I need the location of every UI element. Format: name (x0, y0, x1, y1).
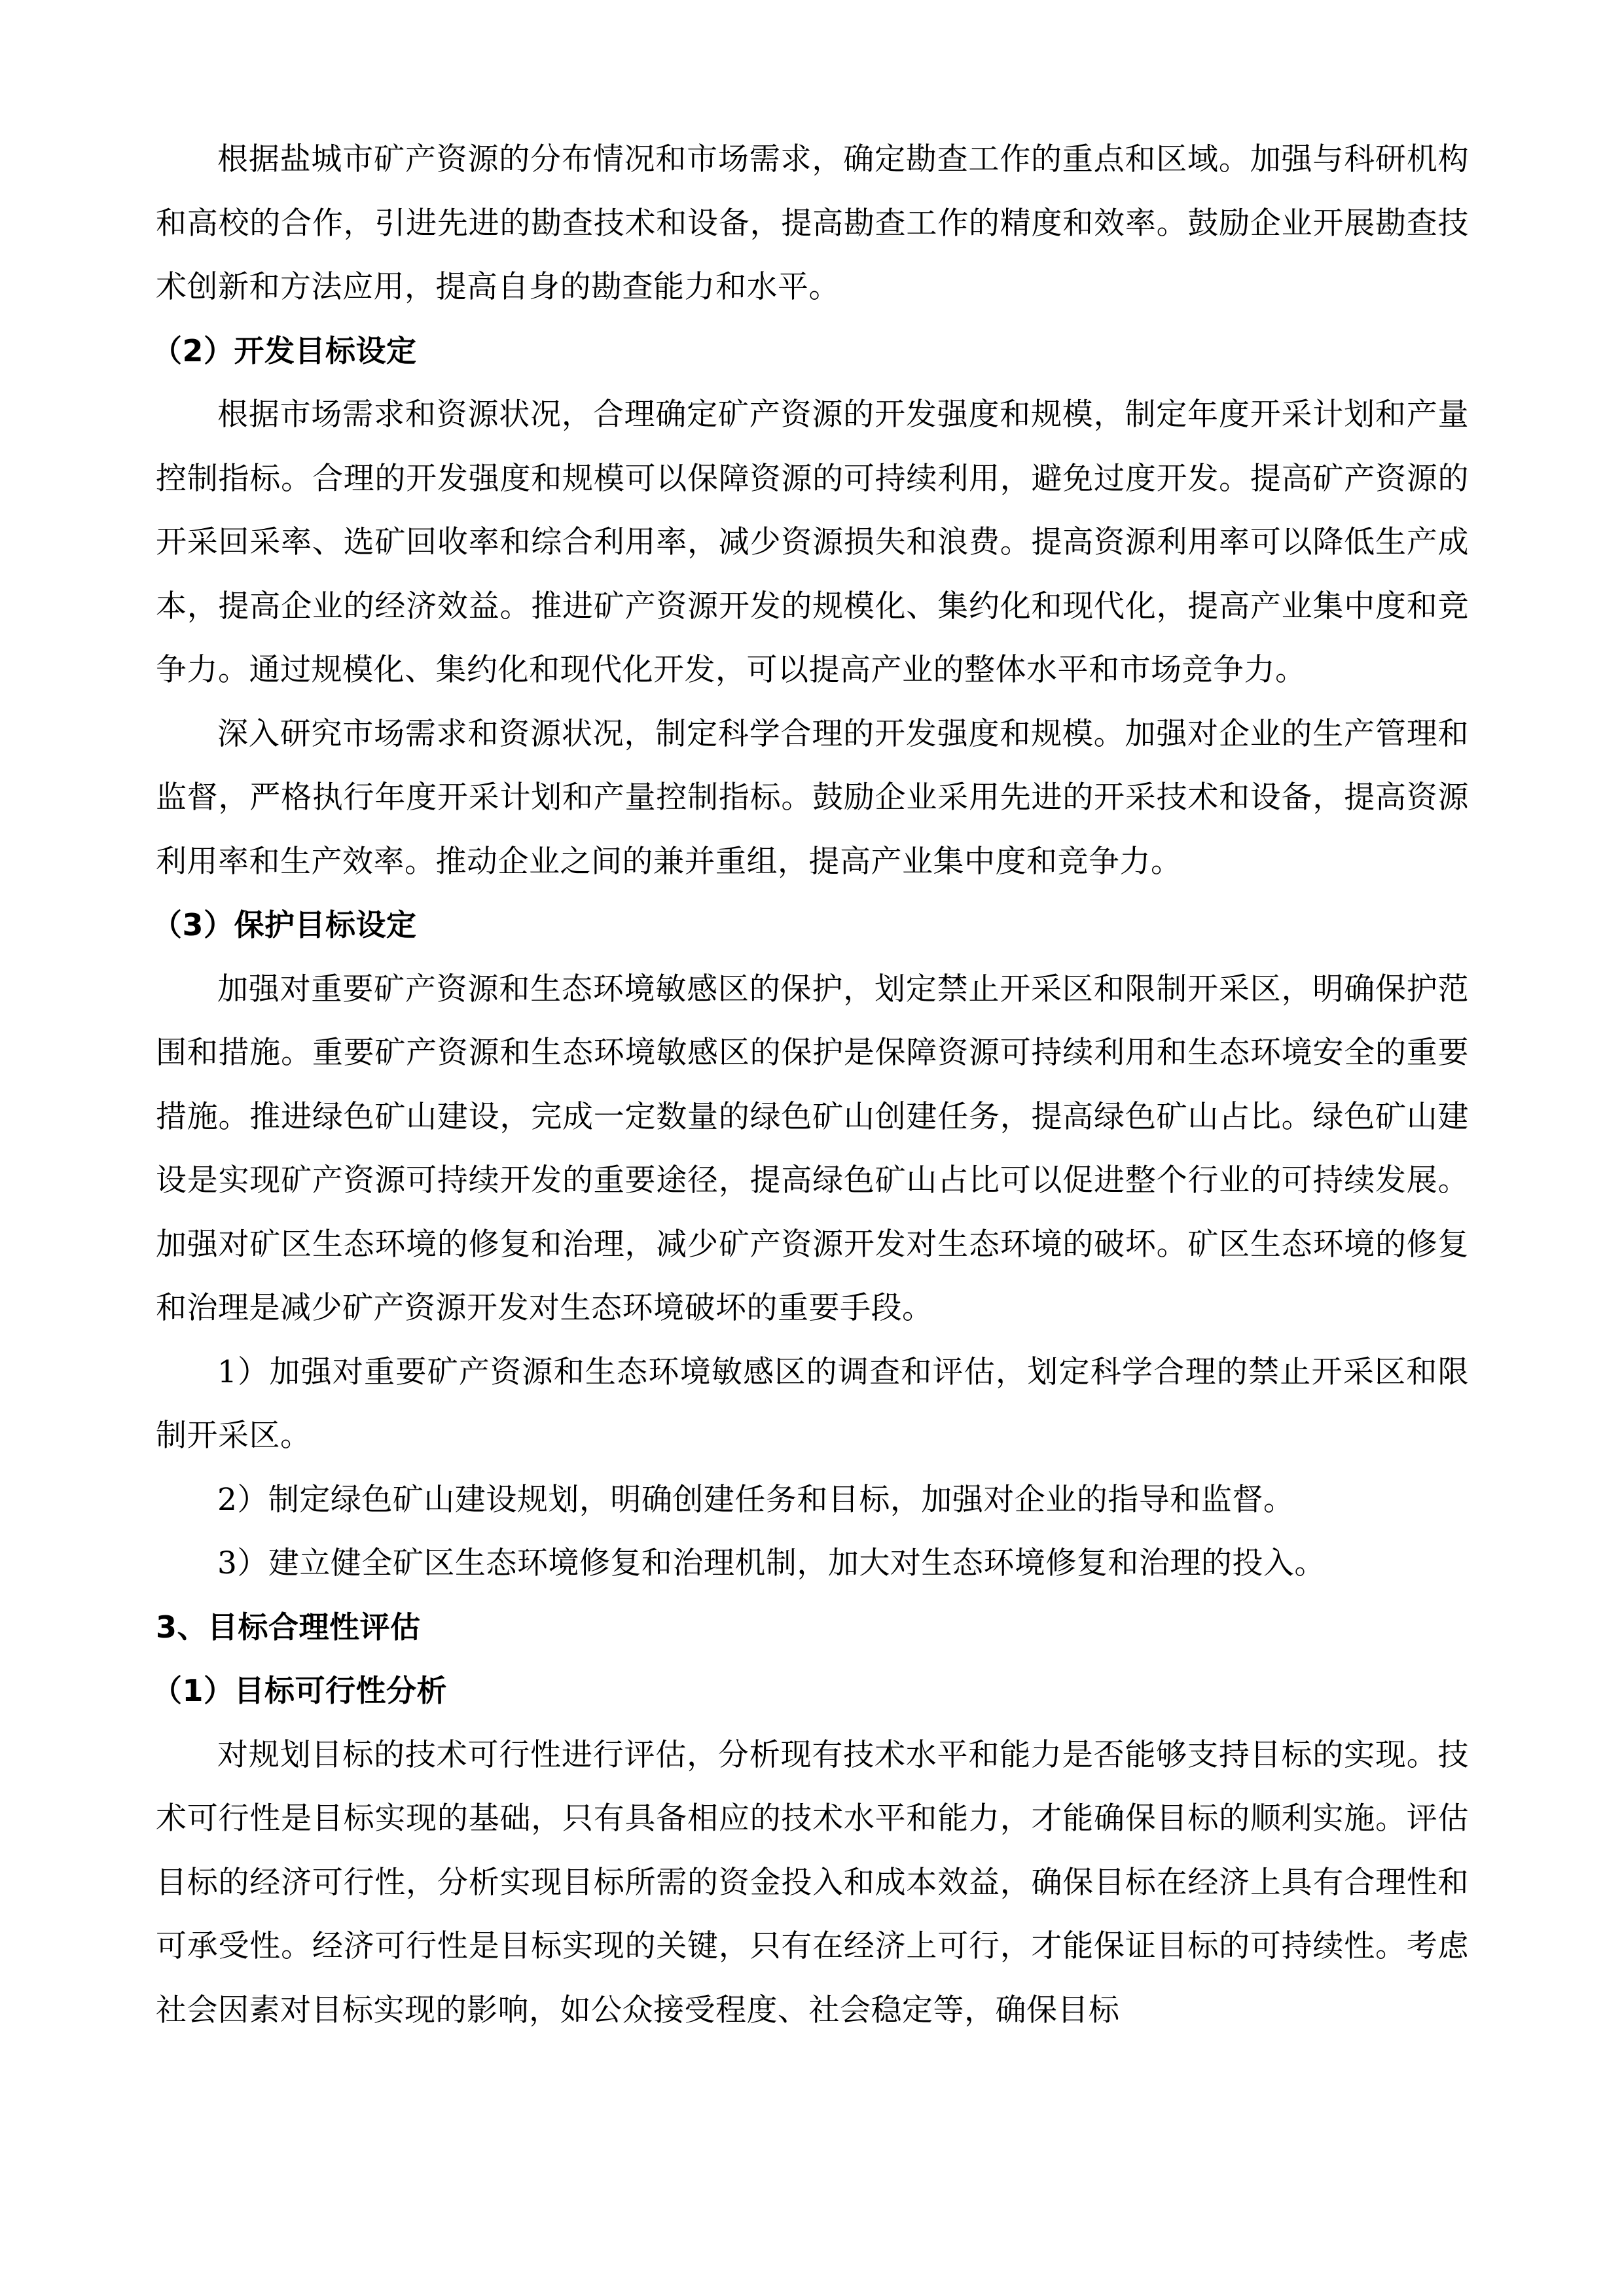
list-item-3: 3）建立健全矿区生态环境修复和治理机制，加大对生态环境修复和治理的投入。 (156, 1532, 1469, 1596)
paragraph-development-targets: 根据市场需求和资源状况，合理确定矿产资源的开发强度和规模，制定年度开采计划和产量… (156, 383, 1469, 702)
list-item-1: 1）加强对重要矿产资源和生态环境敏感区的调查和评估，划定科学合理的禁止开采区和限… (156, 1340, 1469, 1468)
heading-protection-targets: （3）保护目标设定 (152, 893, 1469, 958)
paragraph-development-measures: 深入研究市场需求和资源状况，制定科学合理的开发强度和规模。加强对企业的生产管理和… (156, 702, 1469, 894)
heading-development-targets: （2）开发目标设定 (152, 319, 1469, 384)
heading-target-rationality-assessment: 3、目标合理性评估 (156, 1596, 1469, 1660)
paragraph-feasibility-analysis: 对规划目标的技术可行性进行评估，分析现有技术水平和能力是否能够支持目标的实现。技… (156, 1723, 1469, 2043)
list-item-2: 2）制定绿色矿山建设规划，明确创建任务和目标，加强对企业的指导和监督。 (156, 1468, 1469, 1532)
paragraph-protection-targets: 加强对重要矿产资源和生态环境敏感区的保护，划定禁止开采区和限制开采区，明确保护范… (156, 958, 1469, 1340)
paragraph-exploration-measures: 根据盐城市矿产资源的分布情况和市场需求，确定勘查工作的重点和区域。加强与科研机构… (156, 128, 1469, 319)
document-page: 根据盐城市矿产资源的分布情况和市场需求，确定勘查工作的重点和区域。加强与科研机构… (156, 128, 1469, 2042)
heading-feasibility-analysis: （1）目标可行性分析 (152, 1659, 1469, 1723)
